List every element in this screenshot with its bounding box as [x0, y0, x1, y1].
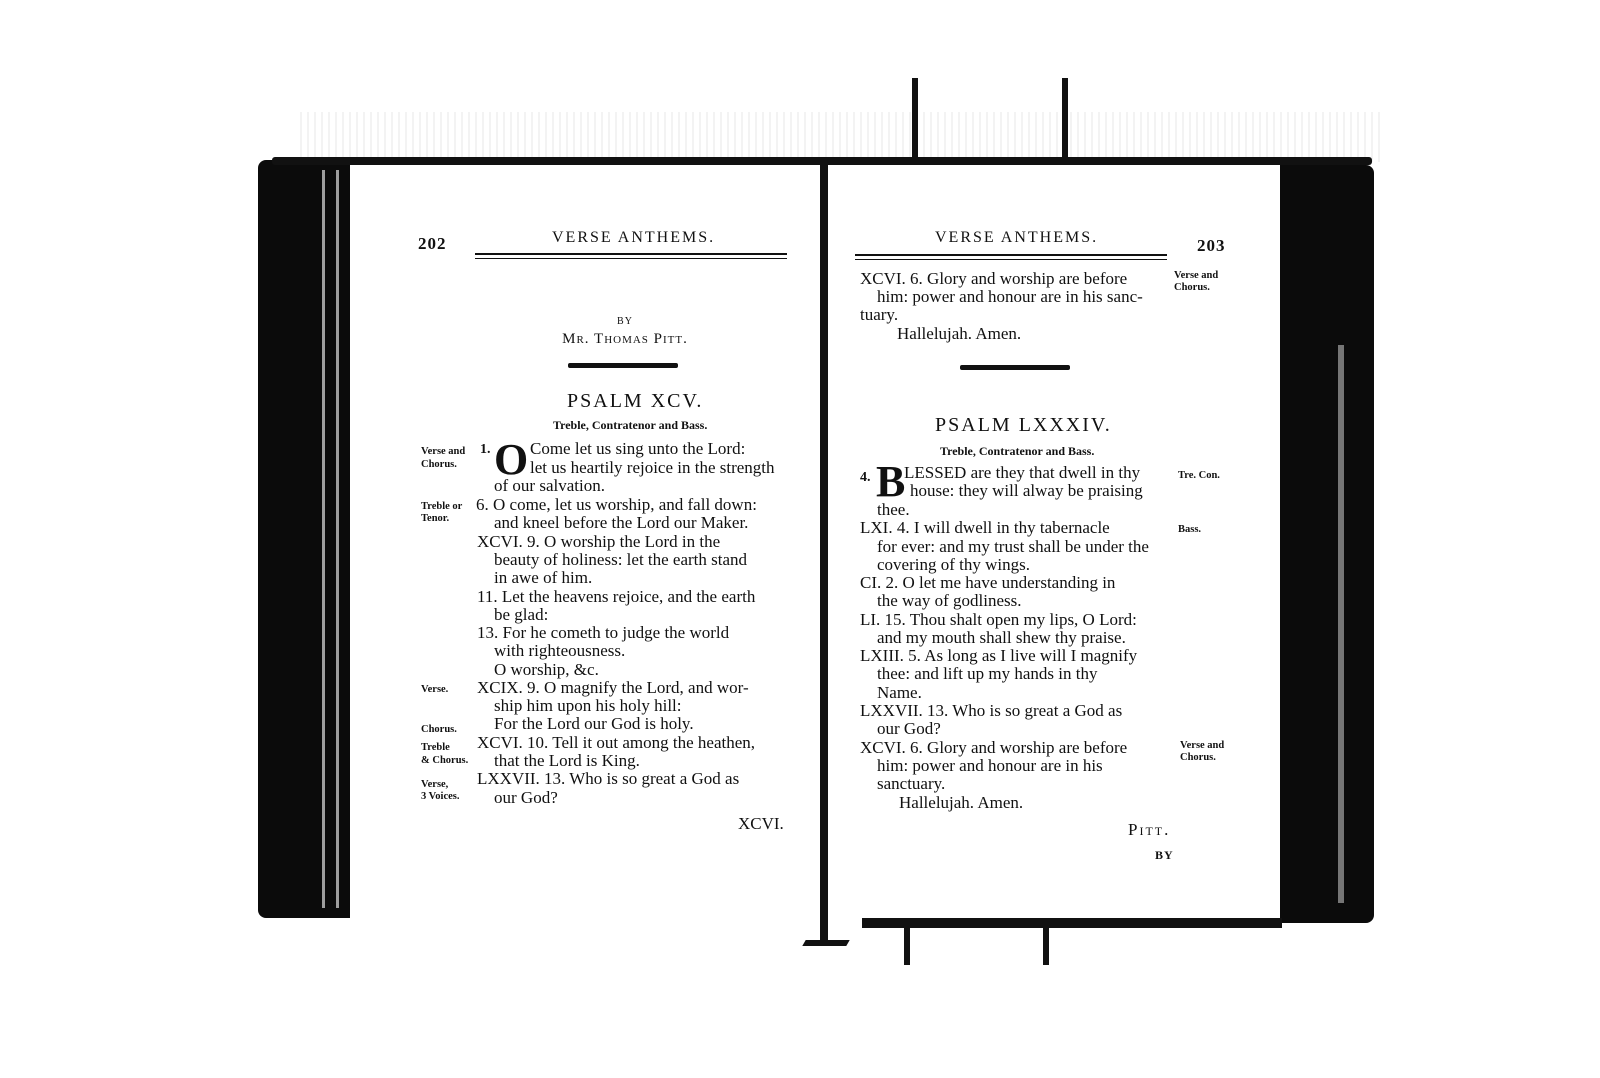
margin-note: Chorus. — [421, 459, 457, 471]
page-top-edge-shading — [300, 112, 1380, 162]
bottom-binding-edge — [862, 918, 1282, 928]
psalm-title-right: PSALM LXXXIV. — [935, 414, 1112, 437]
left-cover-edge — [258, 160, 350, 918]
catchword-right: BY — [1155, 848, 1174, 863]
page-tab-marker — [912, 78, 918, 163]
margin-note: Verse and — [1180, 740, 1224, 752]
margin-note: Verse. — [421, 684, 448, 696]
ornament-rule — [568, 363, 678, 368]
margin-note: Verse and — [1174, 270, 1218, 282]
voices-left: Treble, Contratenor and Bass. — [553, 418, 707, 433]
signature: Pitt. — [1128, 820, 1170, 840]
margin-note: 3 Voices. — [421, 791, 460, 803]
page-number-left: 202 — [418, 234, 447, 254]
page-number-right: 203 — [1197, 236, 1226, 256]
drop-cap: O — [494, 440, 528, 480]
margin-note: & Chorus. — [421, 755, 468, 767]
verse-number: 1. — [480, 441, 491, 459]
voices-right: Treble, Contratenor and Bass. — [940, 444, 1094, 459]
page-tab-marker — [904, 925, 910, 965]
margin-note: Chorus. — [1174, 282, 1210, 294]
book-gutter — [820, 160, 828, 940]
gutter-foot — [802, 940, 849, 946]
running-head-left: VERSE ANTHEMS. — [552, 229, 715, 247]
head-rule-left — [475, 253, 787, 259]
margin-note: Bass. — [1178, 524, 1201, 536]
margin-note: Verse and — [421, 446, 465, 458]
page-tab-marker — [1062, 78, 1068, 163]
margin-note: Treble or — [421, 501, 462, 513]
by-label: BY — [560, 316, 690, 327]
running-head-right: VERSE ANTHEMS. — [935, 229, 1098, 247]
head-rule-right — [855, 254, 1167, 260]
margin-note: Verse, — [421, 779, 448, 791]
ornament-rule — [960, 365, 1070, 370]
margin-note: Tre. Con. — [1178, 470, 1220, 482]
margin-note: Chorus. — [1180, 752, 1216, 764]
composer-name: Mr. Thomas Pitt. — [540, 331, 710, 348]
page-tab-marker — [1043, 925, 1049, 965]
catchword-left: XCVI. — [738, 814, 784, 834]
psalm-title-left: PSALM XCV. — [567, 390, 703, 413]
margin-note: Treble — [421, 742, 450, 754]
right-cover-edge — [1280, 165, 1374, 923]
verse-number: 4. — [860, 469, 871, 487]
drop-cap: B — [876, 462, 905, 502]
margin-note: Chorus. — [421, 724, 457, 736]
margin-note: Tenor. — [421, 513, 449, 525]
